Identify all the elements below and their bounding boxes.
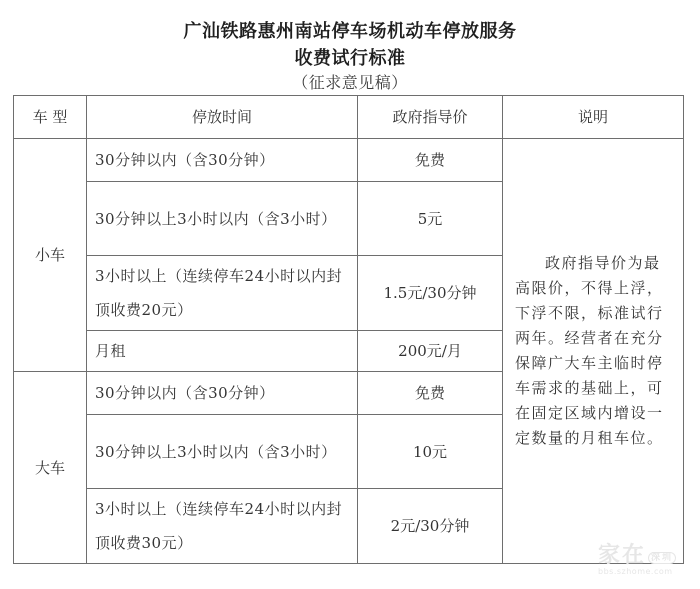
header-government-price: 政府指导价	[358, 96, 503, 139]
price-cell: 免费	[358, 139, 503, 182]
document-subtitle: （征求意见稿）	[0, 70, 700, 93]
vehicle-type-small: 小车	[14, 139, 87, 372]
price-cell: 免费	[358, 372, 503, 415]
header-parking-duration: 停放时间	[87, 96, 358, 139]
price-cell: 10元	[358, 415, 503, 489]
duration-cell: 3小时以上（连续停车24小时以内封顶收费30元）	[87, 489, 358, 564]
document-title-line1: 广汕铁路惠州南站停车场机动车停放服务	[0, 17, 700, 43]
duration-cell: 30分钟以上3小时以内（含3小时）	[87, 415, 358, 489]
price-cell: 2元/30分钟	[358, 489, 503, 564]
vehicle-type-large: 大车	[14, 372, 87, 564]
notes-cell: 政府指导价为最高限价，不得上浮，下浮不限，标准试行两年。经营者在充分保障广大车主…	[503, 139, 684, 564]
price-cell: 1.5元/30分钟	[358, 256, 503, 331]
parking-fee-table: 车 型 停放时间 政府指导价 说明 小车 30分钟以内（含30分钟） 免费 政府…	[13, 95, 684, 564]
document-title-line2: 收费试行标准	[0, 44, 700, 70]
table-header-row: 车 型 停放时间 政府指导价 说明	[14, 96, 684, 139]
header-notes: 说明	[503, 96, 684, 139]
duration-cell: 3小时以上（连续停车24小时以内封顶收费20元）	[87, 256, 358, 331]
duration-cell: 30分钟以上3小时以内（含3小时）	[87, 182, 358, 256]
table-row: 小车 30分钟以内（含30分钟） 免费 政府指导价为最高限价，不得上浮，下浮不限…	[14, 139, 684, 182]
header-vehicle-type: 车 型	[14, 96, 87, 139]
price-cell: 200元/月	[358, 331, 503, 372]
duration-cell: 月租	[87, 331, 358, 372]
price-cell: 5元	[358, 182, 503, 256]
watermark-url: bbs.szhome.com	[598, 567, 676, 576]
duration-cell: 30分钟以内（含30分钟）	[87, 139, 358, 182]
duration-cell: 30分钟以内（含30分钟）	[87, 372, 358, 415]
